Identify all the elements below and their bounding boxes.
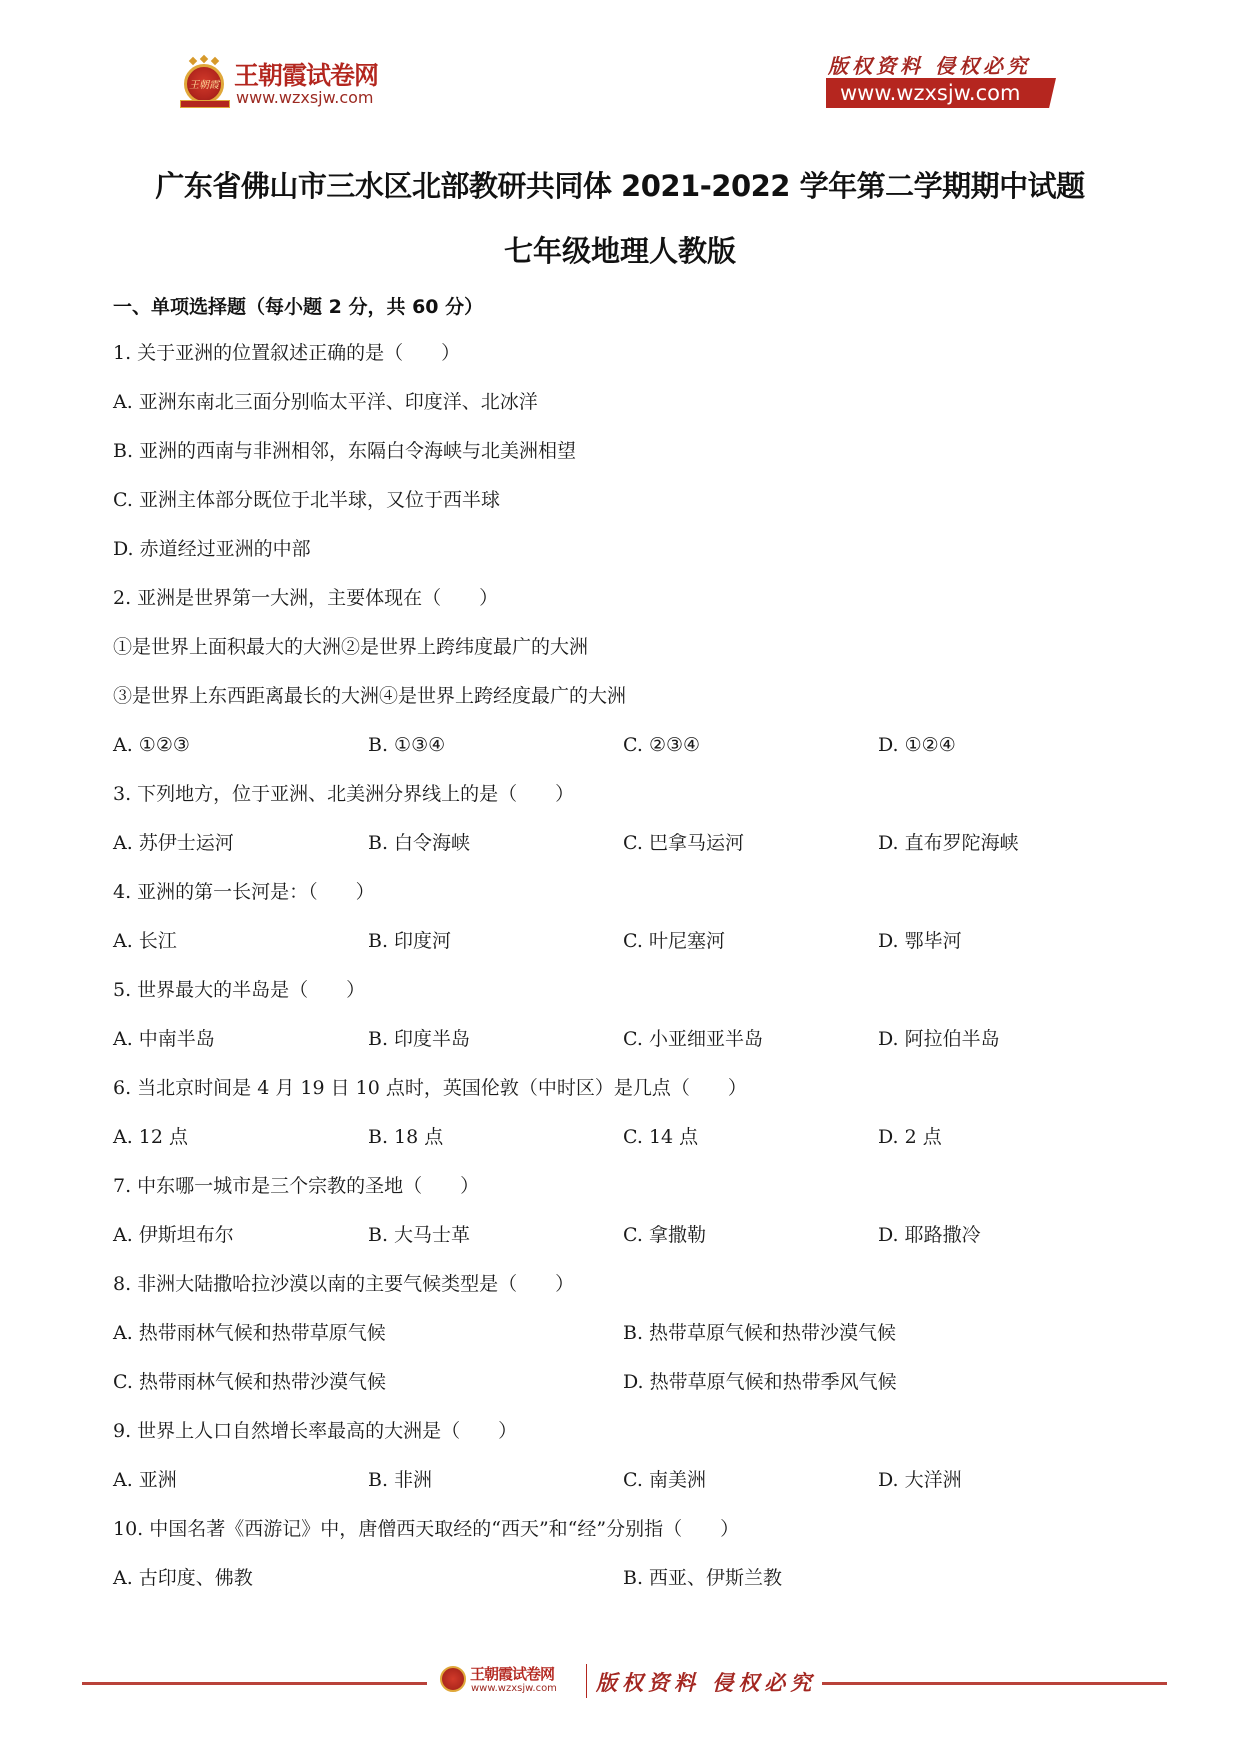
question-stem-2: 2. 亚洲是世界第一大洲，主要体现在（ ） (113, 586, 498, 610)
option-3a: A. 苏伊士运河 (113, 831, 234, 855)
option-5b: B. 印度半岛 (368, 1027, 470, 1051)
option-10a: A. 古印度、佛教 (113, 1566, 253, 1590)
question-stem-10: 10. 中国名著《西游记》中，唐僧西天取经的“西天”和“经”分别指（ ） (113, 1517, 739, 1541)
option-8a: A. 热带雨林气候和热带草原气候 (113, 1321, 386, 1345)
site-logo: 王朝霞 王朝霞试卷网 www.wzxsjw.com (182, 52, 402, 114)
option-8b: B. 热带草原气候和热带沙漠气候 (623, 1321, 896, 1345)
option-6c: C. 14 点 (623, 1125, 698, 1149)
option-9a: A. 亚洲 (113, 1468, 177, 1492)
option-1b: B. 亚洲的西南与非洲相邻，东隔白令海峡与北美洲相望 (113, 439, 576, 463)
option-5c: C. 小亚细亚半岛 (623, 1027, 763, 1051)
option-9b: B. 非洲 (368, 1468, 432, 1492)
option-10b: B. 西亚、伊斯兰教 (623, 1566, 782, 1590)
footer-slogan: 版权资料 侵权必究 (596, 1667, 816, 1697)
logo-name: 王朝霞试卷网 (234, 56, 378, 92)
footer-divider (586, 1664, 587, 1698)
footer-rule-left (82, 1682, 427, 1685)
option-2c: C. ②③④ (623, 733, 700, 757)
option-9c: C. 南美洲 (623, 1468, 706, 1492)
option-8d: D. 热带草原气候和热带季风气候 (623, 1370, 897, 1394)
option-9d: D. 大洋洲 (878, 1468, 962, 1492)
logo-url: www.wzxsjw.com (236, 88, 373, 107)
question-stem-5: 5. 世界最大的半岛是（ ） (113, 978, 365, 1002)
copyright-badge: 版权资料 侵权必究 www.wzxsjw.com (826, 50, 1060, 114)
emblem-icon: 王朝霞 (182, 56, 228, 108)
option-1c: C. 亚洲主体部分既位于北半球，又位于西半球 (113, 488, 500, 512)
option-6d: D. 2 点 (878, 1125, 942, 1149)
document-subtitle: 七年级地理人教版 (0, 229, 1240, 270)
question-stem-3: 3. 下列地方，位于亚洲、北美洲分界线上的是（ ） (113, 782, 574, 806)
option-7d: D. 耶路撒冷 (878, 1223, 981, 1247)
statement-line-1: ①是世界上面积最大的大洲②是世界上跨纬度最广的大洲 (113, 635, 588, 659)
banner-url: www.wzxsjw.com (840, 81, 1020, 105)
option-3c: C. 巴拿马运河 (623, 831, 744, 855)
footer-logo: 王朝霞试卷网 www.wzxsjw.com 版权资料 侵权必究 (440, 1660, 820, 1704)
question-stem-7: 7. 中东哪一城市是三个宗教的圣地（ ） (113, 1174, 479, 1198)
question-stem-9: 9. 世界上人口自然增长率最高的大洲是（ ） (113, 1419, 517, 1443)
option-4a: A. 长江 (113, 929, 177, 953)
option-3b: B. 白令海峡 (368, 831, 470, 855)
footer-emblem-icon (440, 1666, 466, 1692)
option-7a: A. 伊斯坦布尔 (113, 1223, 234, 1247)
option-6b: B. 18 点 (368, 1125, 443, 1149)
option-8c: C. 热带雨林气候和热带沙漠气候 (113, 1370, 386, 1394)
option-4c: C. 叶尼塞河 (623, 929, 725, 953)
url-banner: www.wzxsjw.com (826, 78, 1056, 108)
question-stem-4: 4. 亚洲的第一长河是：（ ） (113, 880, 375, 904)
option-7b: B. 大马士革 (368, 1223, 470, 1247)
option-5d: D. 阿拉伯半岛 (878, 1027, 1000, 1051)
section-heading: 一、单项选择题（每小题 2 分，共 60 分） (113, 292, 483, 319)
option-2a: A. ①②③ (113, 733, 190, 757)
option-7c: C. 拿撒勒 (623, 1223, 706, 1247)
option-1d: D. 赤道经过亚洲的中部 (113, 537, 311, 561)
question-stem-1: 1. 关于亚洲的位置叙述正确的是（ ） (113, 341, 460, 365)
document-title: 广东省佛山市三水区北部教研共同体 2021-2022 学年第二学期期中试题 (0, 164, 1240, 205)
option-2b: B. ①③④ (368, 733, 445, 757)
copyright-slogan: 版权资料 侵权必究 (828, 50, 1031, 79)
question-stem-6: 6. 当北京时间是 4 月 19 日 10 点时，英国伦敦（中时区）是几点（ ） (113, 1076, 747, 1100)
footer-rule-right (822, 1682, 1167, 1685)
option-6a: A. 12 点 (113, 1125, 188, 1149)
option-4d: D. 鄂毕河 (878, 929, 962, 953)
option-3d: D. 直布罗陀海峡 (878, 831, 1019, 855)
question-stem-8: 8. 非洲大陆撒哈拉沙漠以南的主要气候类型是（ ） (113, 1272, 574, 1296)
footer-logo-name: 王朝霞试卷网 (470, 1663, 554, 1684)
statement-line-2: ③是世界上东西距离最长的大洲④是世界上跨经度最广的大洲 (113, 684, 626, 708)
option-2d: D. ①②④ (878, 733, 956, 757)
option-5a: A. 中南半岛 (113, 1027, 215, 1051)
footer-logo-url: www.wzxsjw.com (471, 1683, 557, 1694)
option-4b: B. 印度河 (368, 929, 451, 953)
option-1a: A. 亚洲东南北三面分别临太平洋、印度洋、北冰洋 (113, 390, 538, 414)
